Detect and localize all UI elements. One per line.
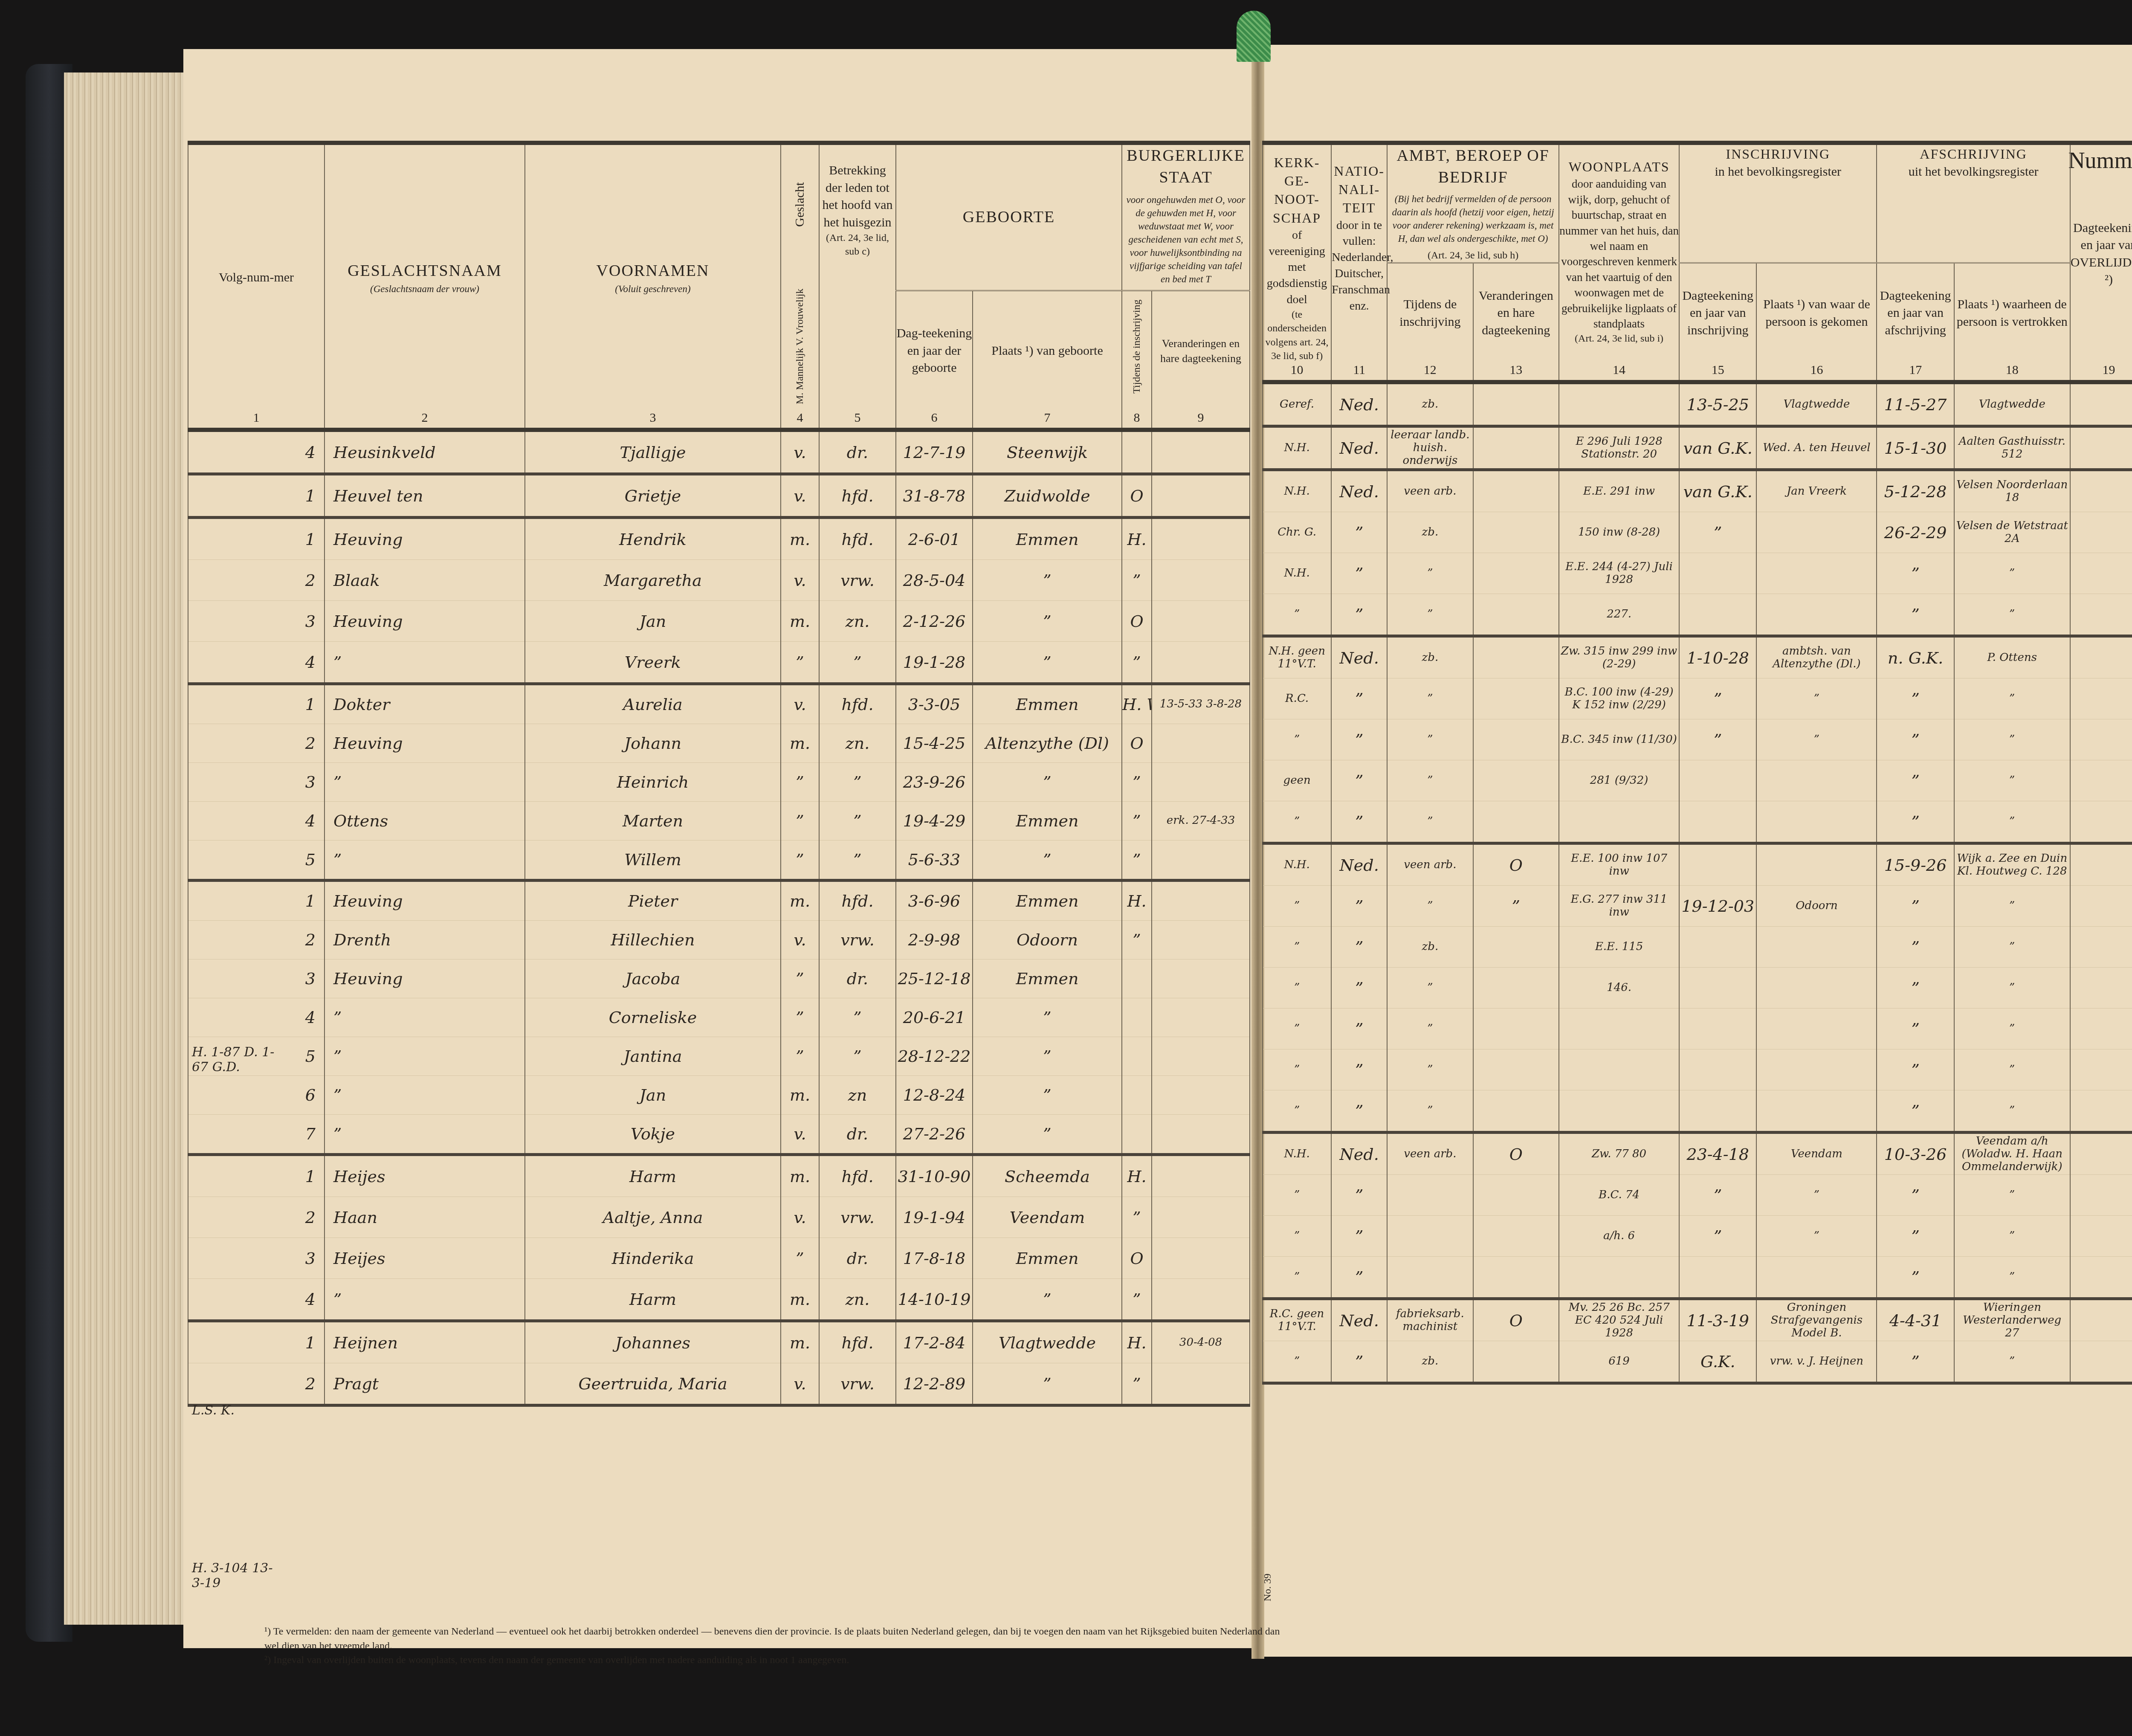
table-row: ””zb.619G.K.vrw. v. J. Heijnen””” [1263, 1341, 2132, 1383]
cell-church: ” [1263, 968, 1331, 1009]
cell-out_to: Veendam a/h (Woladw. H. Haan Ommelanderw… [1954, 1133, 2070, 1175]
cell-job: zb. [1387, 927, 1473, 968]
cell-in_date [1679, 594, 1756, 636]
table-row: 1HeuvingHendrikm.hfd.2-6-01EmmenH. [188, 518, 1250, 560]
cell-rel: ” [819, 840, 896, 881]
cell-place: Veendam [973, 1197, 1122, 1238]
cell-address: Mv. 25 26 Bc. 257 EC 420 524 Juli 1928 [1559, 1299, 1679, 1341]
col-header-geboorte-plaats: Plaats ¹) van geboorte [973, 290, 1122, 411]
column-number: 8 [1122, 411, 1152, 430]
table-row: ””a/h. 6””””” [1263, 1216, 2132, 1257]
column-number: 19 [2070, 363, 2132, 382]
cell-out_to: Vlagtwedde [1954, 382, 2070, 426]
cell-birth: 19-1-28 [896, 642, 973, 684]
cell-address [1559, 382, 1679, 426]
cell-birth: 2-12-26 [896, 601, 973, 642]
cell-out_date: ” [1877, 1257, 1954, 1299]
column-number: 11 [1331, 363, 1387, 382]
cell-nr: 5 [188, 840, 324, 881]
table-row: 7”Vokjev.dr.27-2-26” [188, 1115, 1250, 1155]
cell-out_to: ” [1954, 1009, 2070, 1049]
cell-surname: Heusinkveld [324, 430, 525, 474]
cell-job: zb. [1387, 636, 1473, 678]
cell-birth: 12-2-89 [896, 1363, 973, 1406]
cell-place: ” [973, 840, 1122, 881]
cell-death [2070, 719, 2132, 760]
col-header-inschrijving-datum: Dagteekening en jaar van inschrijving [1679, 263, 1756, 363]
column-number-row: 123456789 [188, 411, 1250, 430]
cell-place: ” [973, 601, 1122, 642]
cell-surname: Heuving [324, 724, 525, 763]
footnote-1: ¹) Te vermelden: den naam der gemeente v… [264, 1625, 1288, 1653]
cell-sex: m. [781, 601, 819, 642]
cell-job_ch: O [1473, 843, 1559, 886]
cell-in_date: 23-4-18 [1679, 1133, 1756, 1175]
cell-death [2070, 1341, 2132, 1383]
table-row: N.H.””E.E. 244 (4-27) Juli 1928””” [1263, 553, 2132, 594]
cell-civ: ” [1122, 840, 1152, 881]
cell-in_date: 19-12-03 [1679, 886, 1756, 927]
cell-church: R.C. [1263, 678, 1331, 719]
cell-place: Altenzythe (Dl) [973, 724, 1122, 763]
cell-birth: 20-6-21 [896, 998, 973, 1037]
cell-nat: Ned. [1331, 470, 1387, 512]
cell-rel: ” [819, 802, 896, 840]
cell-given: Johann [525, 724, 781, 763]
column-number: 16 [1756, 363, 1877, 382]
household-margin-note: H. 3-104 13-3-19 [192, 1561, 277, 1591]
cell-surname: ” [324, 763, 525, 802]
cell-address [1559, 1009, 1679, 1049]
col-header-geboorte-datum: Dag-teekening en jaar der geboorte [896, 290, 973, 411]
cell-in_from [1756, 594, 1877, 636]
column-number: 15 [1679, 363, 1756, 382]
cell-sex: m. [781, 1321, 819, 1363]
cell-civ: ” [1122, 560, 1152, 601]
cell-civ_ch [1152, 763, 1250, 802]
cell-church: N.H. [1263, 470, 1331, 512]
cell-job: ” [1387, 719, 1473, 760]
cell-place: ” [973, 1115, 1122, 1155]
cell-nat: Ned. [1331, 382, 1387, 426]
col-header-afschrijving-plaats: Plaats ¹) waarheen de persoon is vertrok… [1954, 263, 2070, 363]
cell-sex: m. [781, 1155, 819, 1197]
cell-given: Tjalligje [525, 430, 781, 474]
cell-rel: hfd. [819, 1321, 896, 1363]
cell-nr: 1 [188, 684, 324, 724]
cell-nr: 1 [188, 1155, 324, 1197]
table-row: 5”Willem””5-6-33”” [188, 840, 1250, 881]
cell-rel: hfd. [819, 1155, 896, 1197]
cell-job: ” [1387, 968, 1473, 1009]
table-row: 3HeuvingJacoba”dr.25-12-18Emmen [188, 959, 1250, 998]
cell-given: Aaltje, Anna [525, 1197, 781, 1238]
table-row: geen””281 (9/32)””Acc. [1263, 760, 2132, 801]
cell-job: ” [1387, 1049, 1473, 1090]
table-row: 3HeuvingJanm.zn.2-12-26”O [188, 601, 1250, 642]
cell-place: Emmen [973, 959, 1122, 998]
cell-nat: ” [1331, 553, 1387, 594]
cell-surname: Blaak [324, 560, 525, 601]
cell-place: ” [973, 1363, 1122, 1406]
cell-civ_ch [1152, 1155, 1250, 1197]
cell-nat: ” [1331, 1049, 1387, 1090]
cell-birth: 23-9-26 [896, 763, 973, 802]
cell-civ [1122, 959, 1152, 998]
cell-place: ” [973, 1037, 1122, 1076]
cell-birth: 2-9-98 [896, 921, 973, 959]
cell-in_from [1756, 512, 1877, 553]
column-number: 10 [1263, 363, 1331, 382]
table-row: ””””” [1263, 1257, 2132, 1299]
cell-nat: ” [1331, 719, 1387, 760]
cell-given: Grietje [525, 474, 781, 518]
cell-birth: 3-6-96 [896, 881, 973, 921]
cell-civ_ch [1152, 1076, 1250, 1115]
cell-civ: O [1122, 1238, 1152, 1279]
cell-nat: ” [1331, 886, 1387, 927]
cell-civ_ch: 30-4-08 [1152, 1321, 1250, 1363]
cell-sex: ” [781, 840, 819, 881]
cell-in_from: ” [1756, 1175, 1877, 1216]
cell-given: Harm [525, 1155, 781, 1197]
cell-job: ” [1387, 801, 1473, 843]
col-header-burgerlijke-staat: BURGERLIJKE STAATvoor ongehuwden met O, … [1122, 143, 1250, 290]
cell-out_date: ” [1877, 927, 1954, 968]
cell-out_date: ” [1877, 968, 1954, 1009]
column-number: 6 [896, 411, 973, 430]
cell-in_from: Odoorn [1756, 886, 1877, 927]
cell-rel: zn. [819, 1279, 896, 1321]
cell-nr: 4 [188, 430, 324, 474]
cell-death [2070, 512, 2132, 553]
cell-in_date [1679, 927, 1756, 968]
cell-address: 150 inw (8-28) [1559, 512, 1679, 553]
cell-out_date: ” [1877, 719, 1954, 760]
cell-address: B.C. 345 inw (11/30) [1559, 719, 1679, 760]
cell-job: veen arb. [1387, 470, 1473, 512]
cell-in_from: ” [1756, 678, 1877, 719]
cell-nr: 1 [188, 1321, 324, 1363]
table-row: ”””””” [1263, 1049, 2132, 1090]
page-stack-edge [64, 72, 188, 1625]
table-row: 2PragtGeertruida, Mariav.vrw.12-2-89”” [188, 1363, 1250, 1406]
cell-given: Harm [525, 1279, 781, 1321]
cell-out_date: 10-3-26 [1877, 1133, 1954, 1175]
cell-job_ch [1473, 553, 1559, 594]
cell-job: veen arb. [1387, 1133, 1473, 1175]
cell-out_date: ” [1877, 1049, 1954, 1090]
cell-death [2070, 382, 2132, 426]
cell-out_date: 11-5-27 [1877, 382, 1954, 426]
cell-nr: 1 [188, 881, 324, 921]
cell-church: ” [1263, 1216, 1331, 1257]
cell-nat: Ned. [1331, 1133, 1387, 1175]
cell-surname: ” [324, 998, 525, 1037]
cell-surname: Heijes [324, 1238, 525, 1279]
cell-out_to: ” [1954, 886, 2070, 927]
cell-in_from [1756, 760, 1877, 801]
cell-out_date: ” [1877, 1009, 1954, 1049]
cell-rel: hfd. [819, 881, 896, 921]
cell-civ_ch [1152, 560, 1250, 601]
cell-civ_ch [1152, 998, 1250, 1037]
cell-birth: 17-8-18 [896, 1238, 973, 1279]
cell-death [2070, 1049, 2132, 1090]
cell-given: Marten [525, 802, 781, 840]
cell-civ: ” [1122, 802, 1152, 840]
cell-church: N.H. geen 11°V.T. [1263, 636, 1331, 678]
cell-job_ch [1473, 1090, 1559, 1133]
table-row: 4”Vreerk””19-1-28”” [188, 642, 1250, 684]
cell-job_ch [1473, 927, 1559, 968]
cell-civ_ch [1152, 1238, 1250, 1279]
cell-nr: 2 [188, 1363, 324, 1406]
cell-surname: Haan [324, 1197, 525, 1238]
cell-church: ” [1263, 1049, 1331, 1090]
table-row: 1DokterAureliav.hfd.3-3-05EmmenH. W.13-5… [188, 684, 1250, 724]
cell-place: ” [973, 560, 1122, 601]
cell-sex: ” [781, 802, 819, 840]
col-header-afschrijving: AFSCHRIJVINGuit het bevolkingsregister [1877, 143, 2070, 263]
cell-birth: 19-4-29 [896, 802, 973, 840]
cell-job: zb. [1387, 512, 1473, 553]
column-number: 13 [1473, 363, 1559, 382]
cell-civ: ” [1122, 1279, 1152, 1321]
cell-rel: vrw. [819, 1363, 896, 1406]
cell-address: a/h. 6 [1559, 1216, 1679, 1257]
cell-sex: v. [781, 921, 819, 959]
cell-civ: ” [1122, 763, 1152, 802]
cell-in_from: vrw. v. J. Heijnen [1756, 1341, 1877, 1383]
cell-civ: H. W. [1122, 684, 1152, 724]
cell-nr: 4 [188, 1279, 324, 1321]
bookmark-ribbon-icon [1237, 11, 1271, 62]
cell-address: 619 [1559, 1341, 1679, 1383]
cell-in_date [1679, 801, 1756, 843]
cell-surname: Pragt [324, 1363, 525, 1406]
table-row: 1HeijesHarmm.hfd.31-10-90ScheemdaH. [188, 1155, 1250, 1197]
cell-job_ch [1473, 426, 1559, 470]
cell-civ [1122, 1037, 1152, 1076]
cell-address: E 296 Juli 1928 Stationstr. 20 [1559, 426, 1679, 470]
cell-out_to: ” [1954, 553, 2070, 594]
cell-job_ch: ” [1473, 886, 1559, 927]
cell-surname: Heuving [324, 518, 525, 560]
table-row: 6”Janm.zn12-8-24” [188, 1076, 1250, 1115]
cell-in_date [1679, 1049, 1756, 1090]
cell-in_from: Wed. A. ten Heuvel [1756, 426, 1877, 470]
cell-out_date: 15-9-26 [1877, 843, 1954, 886]
cell-rel: hfd. [819, 518, 896, 560]
table-row: 3”Heinrich””23-9-26”” [188, 763, 1250, 802]
col-header-kerkgenootschap: KERK-GE-NOOT-SCHAPof vereeniging met god… [1263, 143, 1331, 363]
cell-civ_ch [1152, 1363, 1250, 1406]
table-row: 2HeuvingJohannm.zn.15-4-25Altenzythe (Dl… [188, 724, 1250, 763]
household-margin-note: L.S. K. [192, 1403, 277, 1418]
cell-nr: 4 [188, 802, 324, 840]
cell-in_date: van G.K. [1679, 470, 1756, 512]
cell-nat: ” [1331, 594, 1387, 636]
table-row: N.H. geen 11°V.T.Ned.zb.Zw. 315 inw 299 … [1263, 636, 2132, 678]
cell-rel: zn. [819, 601, 896, 642]
cell-nat: ” [1331, 760, 1387, 801]
cell-death [2070, 886, 2132, 927]
cell-job_ch [1473, 760, 1559, 801]
cell-civ: O [1122, 724, 1152, 763]
table-row: ””””E.G. 277 inw 311 inw19-12-03Odoorn””… [1263, 886, 2132, 927]
cell-out_date: ” [1877, 886, 1954, 927]
cell-death [2070, 760, 2132, 801]
col-header-ambt-beroep: AMBT, BEROEP OF BEDRIJF(Bij het bedrijf … [1387, 143, 1559, 263]
column-number: 5 [819, 411, 896, 430]
cell-given: Hillechien [525, 921, 781, 959]
cell-surname: ” [324, 642, 525, 684]
cell-place: ” [973, 642, 1122, 684]
cell-rel: ” [819, 998, 896, 1037]
cell-civ_ch [1152, 430, 1250, 474]
cell-in_date: 1-10-28 [1679, 636, 1756, 678]
cell-surname: Heuvel ten [324, 474, 525, 518]
column-number: 1 [188, 411, 324, 430]
cell-birth: 14-10-19 [896, 1279, 973, 1321]
cell-job_ch [1473, 636, 1559, 678]
table-row: 3HeijesHinderika”dr.17-8-18EmmenO [188, 1238, 1250, 1279]
cell-birth: 5-6-33 [896, 840, 973, 881]
cell-surname: Heuving [324, 959, 525, 998]
household-margin-note: H. 1-87 D. 1-67 G.D. [192, 1045, 277, 1075]
cell-nr: 2 [188, 1197, 324, 1238]
cell-birth: 28-12-22 [896, 1037, 973, 1076]
cell-birth: 31-10-90 [896, 1155, 973, 1197]
table-row: Geref.Ned.zb.13-5-25Vlagtwedde11-5-27Vla… [1263, 382, 2132, 426]
cell-address: E.E. 115 [1559, 927, 1679, 968]
cell-church: ” [1263, 719, 1331, 760]
cell-place: Emmen [973, 881, 1122, 921]
cell-rel: dr. [819, 1115, 896, 1155]
cell-death [2070, 1090, 2132, 1133]
cell-address [1559, 1257, 1679, 1299]
cell-surname: Drenth [324, 921, 525, 959]
cell-civ_ch [1152, 1197, 1250, 1238]
cell-in_from [1756, 1049, 1877, 1090]
column-number: 18 [1954, 363, 2070, 382]
cell-place: Emmen [973, 1238, 1122, 1279]
cell-out_date: n. G.K. [1877, 636, 1954, 678]
cell-in_from: ambtsh. van Altenzythe (Dl.) [1756, 636, 1877, 678]
cell-church: N.H. [1263, 1133, 1331, 1175]
cell-death [2070, 927, 2132, 968]
cell-nat: Ned. [1331, 1299, 1387, 1341]
cell-surname: Heijnen [324, 1321, 525, 1363]
cell-rel: dr. [819, 430, 896, 474]
cell-given: Jacoba [525, 959, 781, 998]
cell-nr: 2 [188, 921, 324, 959]
cell-job: fabrieksarb. machinist [1387, 1299, 1473, 1341]
cell-out_date: ” [1877, 801, 1954, 843]
cell-church: ” [1263, 1090, 1331, 1133]
cell-surname: ” [324, 840, 525, 881]
cell-job_ch [1473, 968, 1559, 1009]
cell-address: E.E. 100 inw 107 inw [1559, 843, 1679, 886]
cell-church: ” [1263, 927, 1331, 968]
cell-nat: ” [1331, 1009, 1387, 1049]
cell-sex: v. [781, 1363, 819, 1406]
cell-in_from [1756, 553, 1877, 594]
cell-nat: ” [1331, 1341, 1387, 1383]
cell-address [1559, 801, 1679, 843]
cell-job: ” [1387, 886, 1473, 927]
cell-civ_ch [1152, 840, 1250, 881]
cell-out_to: ” [1954, 1049, 2070, 1090]
cell-death [2070, 801, 2132, 843]
table-row: 4”Corneliske””20-6-21” [188, 998, 1250, 1037]
cell-given: Willem [525, 840, 781, 881]
cell-out_to: Velsen Noorderlaan 18 [1954, 470, 2070, 512]
cell-sex: m. [781, 1076, 819, 1115]
cell-civ_ch [1152, 601, 1250, 642]
cell-nat: Ned. [1331, 636, 1387, 678]
cell-surname: ” [324, 1076, 525, 1115]
cell-nat: Ned. [1331, 426, 1387, 470]
cell-out_date: 26-2-29 [1877, 512, 1954, 553]
cell-nr: 2 [188, 724, 324, 763]
table-row: 2HaanAaltje, Annav.vrw.19-1-94Veendam” [188, 1197, 1250, 1238]
cell-address: 146. [1559, 968, 1679, 1009]
cell-birth: 31-8-78 [896, 474, 973, 518]
cell-civ: ” [1122, 921, 1152, 959]
cell-given: Pieter [525, 881, 781, 921]
cell-nr: 7 [188, 1115, 324, 1155]
cell-church: ” [1263, 1009, 1331, 1049]
cell-surname: Heuving [324, 881, 525, 921]
cell-rel: dr. [819, 1238, 896, 1279]
cell-surname: Heuving [324, 601, 525, 642]
cell-job_ch [1473, 1049, 1559, 1090]
cell-sex: m. [781, 724, 819, 763]
footnotes: ¹) Te vermelden: den naam der gemeente v… [264, 1625, 1288, 1668]
cell-nat: ” [1331, 1090, 1387, 1133]
col-header-voornamen: VOORNAMEN(Voluit geschreven) [525, 143, 781, 411]
cell-place: Emmen [973, 802, 1122, 840]
cell-out_to: ” [1954, 678, 2070, 719]
col-header-geslacht: GeslachtM. Mannelijk V. Vrouwelijk [781, 143, 819, 411]
col-header-ambt-veranderingen: Veranderingen en hare dagteekening [1473, 263, 1559, 363]
cell-address: 227. [1559, 594, 1679, 636]
table-row: N.H.Ned.veen arb.OZw. 77 8023-4-18Veenda… [1263, 1133, 2132, 1175]
cell-place: ” [973, 1279, 1122, 1321]
col-header-inschrijving-plaats: Plaats ¹) van waar de persoon is gekomen [1756, 263, 1877, 363]
cell-civ_ch: erk. 27-4-33 [1152, 802, 1250, 840]
cell-job: ” [1387, 760, 1473, 801]
cell-job: leeraar landb. huish. onderwijs [1387, 426, 1473, 470]
cell-out_to: ” [1954, 760, 2070, 801]
cell-rel: ” [819, 642, 896, 684]
cell-birth: 19-1-94 [896, 1197, 973, 1238]
cell-rel: vrw. [819, 1197, 896, 1238]
cell-civ_ch [1152, 518, 1250, 560]
cell-out_date: ” [1877, 760, 1954, 801]
cell-in_from [1756, 1090, 1877, 1133]
cell-civ_ch [1152, 1279, 1250, 1321]
cell-civ_ch: 13-5-33 3-8-28 [1152, 684, 1250, 724]
cell-out_date: 4-4-31 [1877, 1299, 1954, 1341]
cell-nat: ” [1331, 801, 1387, 843]
cell-address: 281 (9/32) [1559, 760, 1679, 801]
cell-out_to: ” [1954, 594, 2070, 636]
column-number-row: 1011121314151617181920 [1263, 363, 2132, 382]
cell-job: veen arb. [1387, 843, 1473, 886]
